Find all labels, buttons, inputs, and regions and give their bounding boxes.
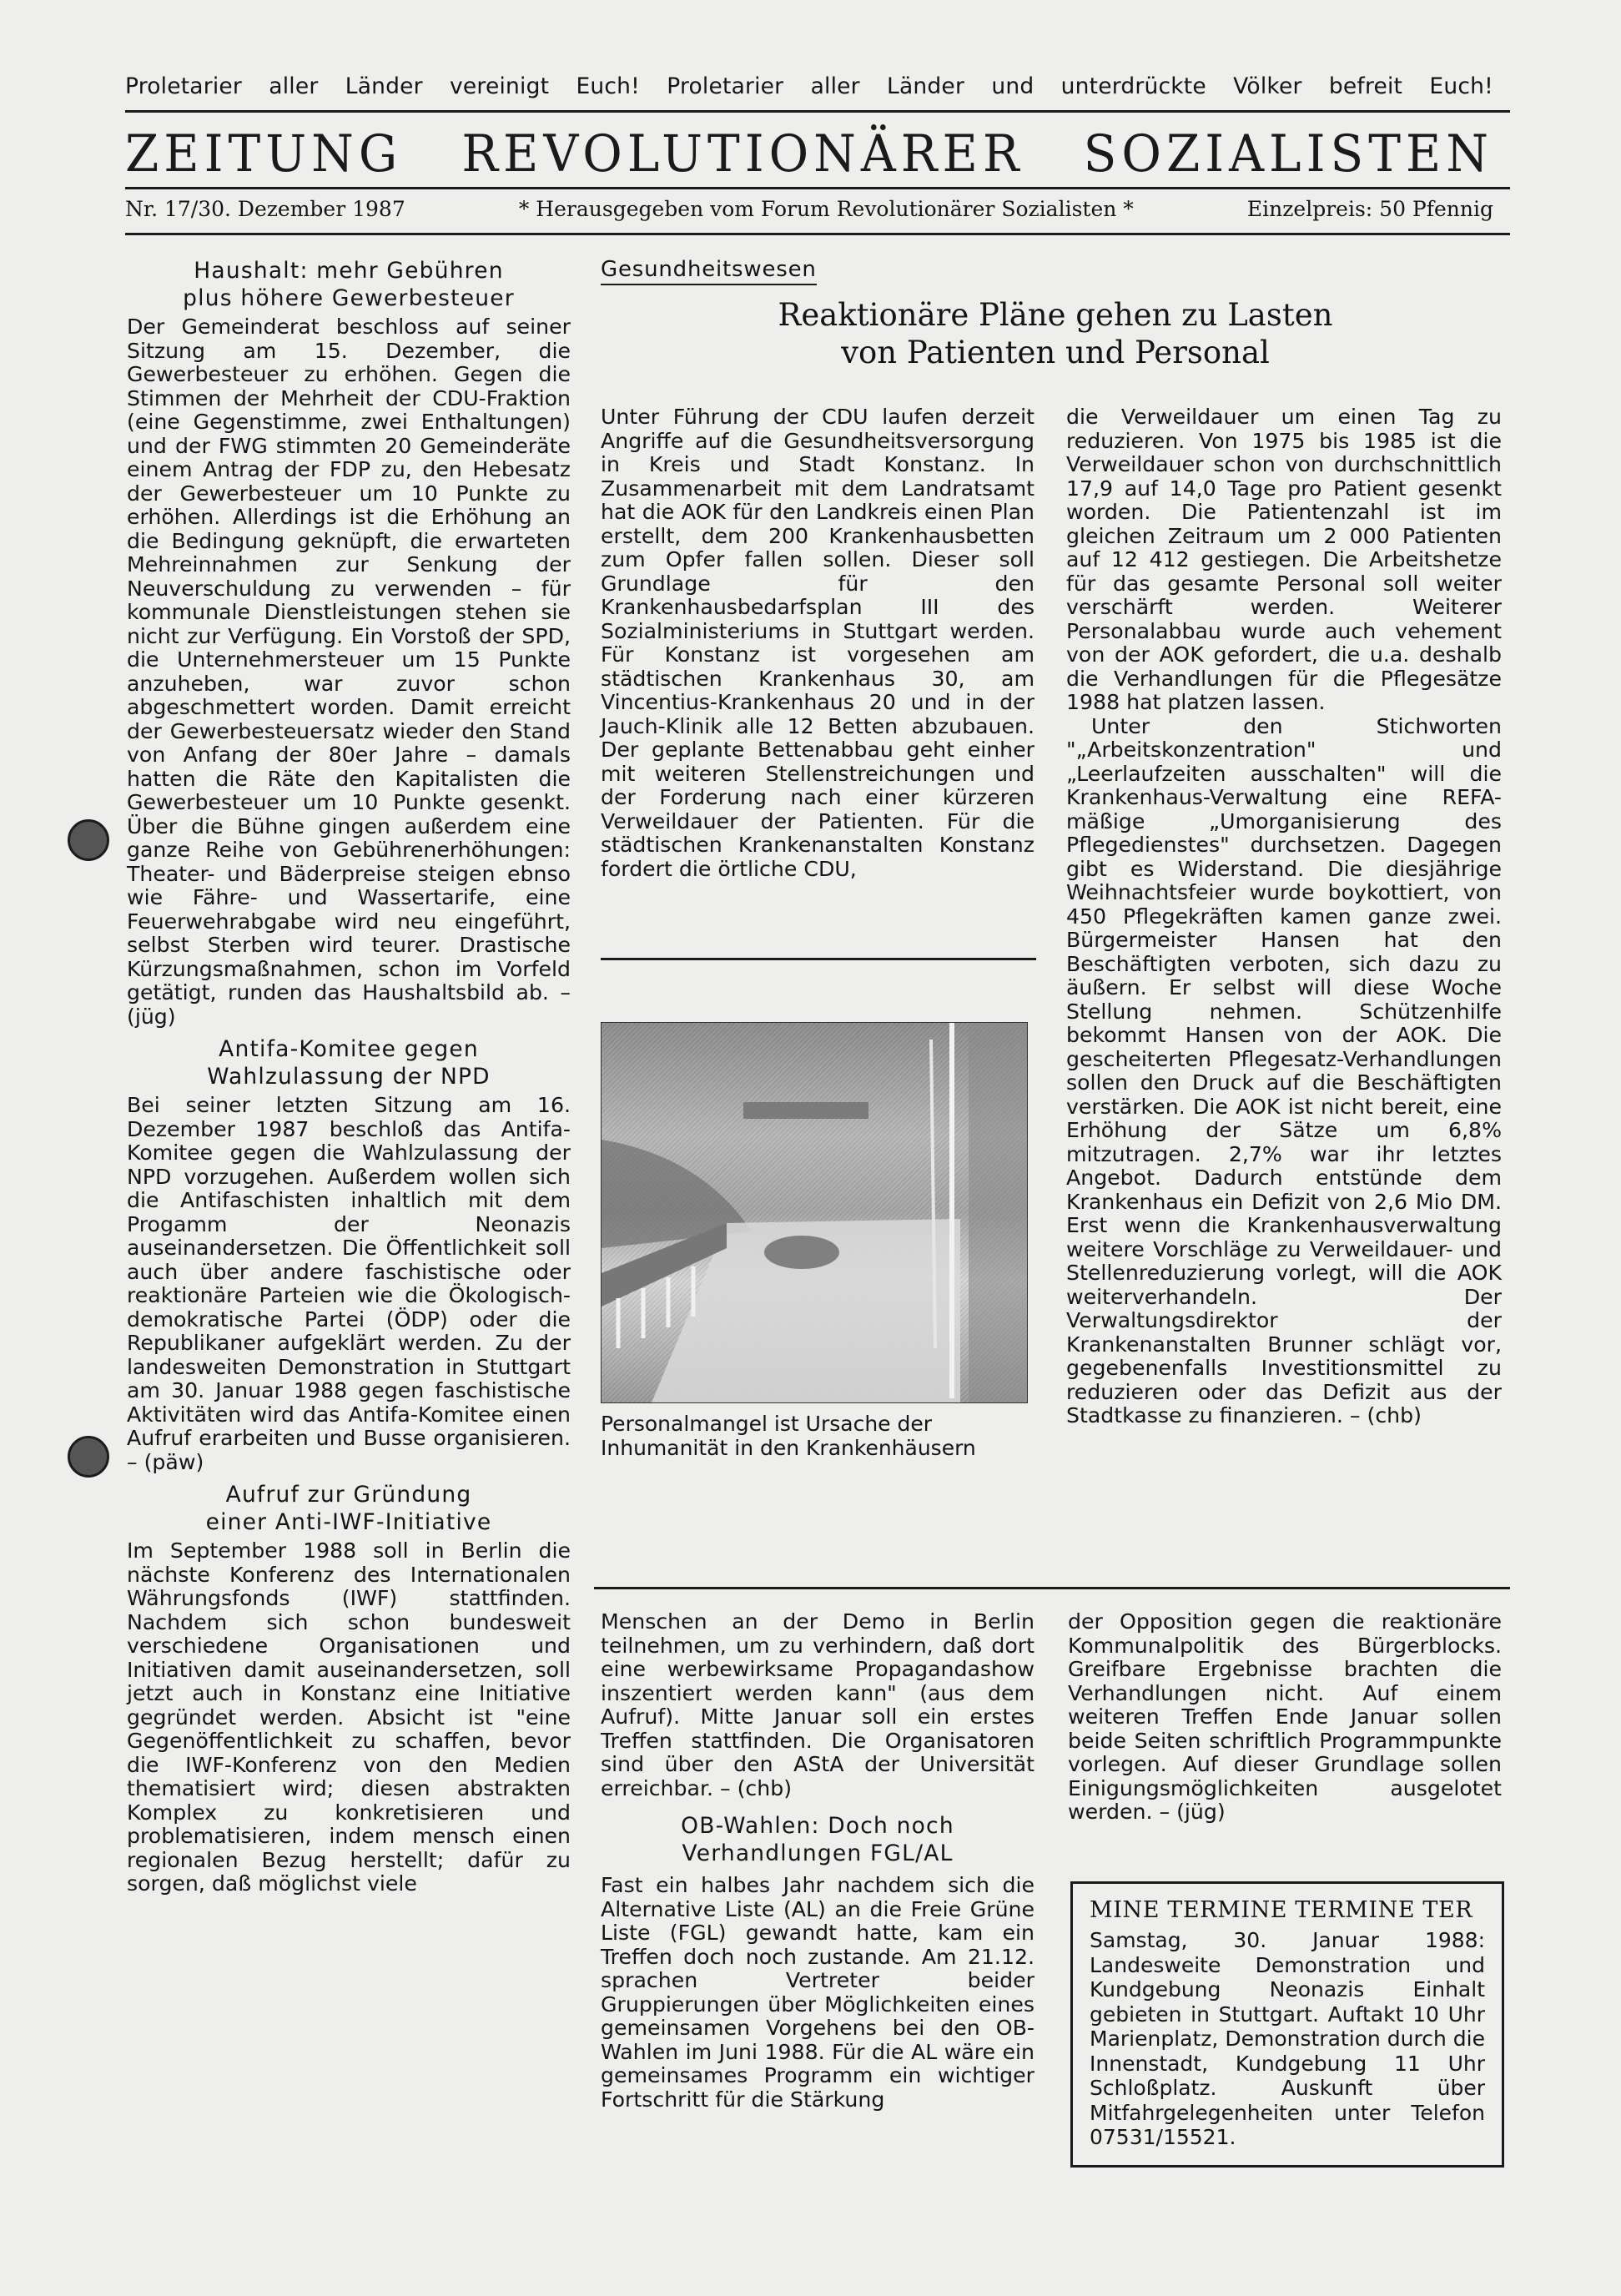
article-title-haushalt: Haushalt: mehr Gebühren plus höhere Gewe…	[127, 257, 571, 312]
issue-number: Nr. 17/30. Dezember 1987	[125, 197, 405, 221]
termine-text: Samstag, 30. Januar 1988: Landesweite De…	[1090, 1928, 1485, 2150]
hospital-photo	[601, 1022, 1028, 1403]
hospital-bed-image	[602, 1023, 1027, 1402]
slogan-word: Euch!	[576, 73, 640, 99]
column-rule-mid	[601, 958, 1036, 960]
slogan-word: Euch!	[1429, 73, 1493, 99]
section-kicker: Gesundheitswesen	[601, 257, 817, 285]
slogan-word: unterdrückte	[1061, 73, 1206, 99]
issue-info-bar: Nr. 17/30. Dezember 1987 * Herausgegeben…	[125, 197, 1493, 221]
slogan-word: Länder	[887, 73, 964, 99]
bottom-right-column: der Opposition gegen die reaktionäre Kom…	[1068, 1610, 1502, 1825]
masthead-word: ZEITUNG	[125, 123, 402, 183]
title-line: OB-Wahlen: Doch noch	[681, 1813, 954, 1839]
title-line: Wahlzulassung der NPD	[207, 1064, 491, 1090]
photo-caption: Personalmangel ist Ursache der Inhumanit…	[601, 1412, 1035, 1460]
slogan-word: Proletarier	[125, 73, 242, 99]
title-line: Reaktionäre Pläne gehen zu Lasten	[778, 297, 1333, 333]
title-line: von Patienten und Personal	[841, 335, 1270, 370]
slogan-word: vereinigt	[450, 73, 549, 99]
title-line: Antifa-Komitee gegen	[219, 1036, 479, 1062]
bottom-middle-column: Menschen an der Demo in Berlin teilnehme…	[601, 1610, 1035, 2112]
slogan-word: Proletarier	[667, 73, 783, 99]
header-rule-3	[125, 233, 1510, 235]
slogan-word: aller	[811, 73, 860, 99]
lead-body-col1: Unter Führung der CDU laufen derzeit Ang…	[601, 405, 1035, 881]
slogan: Proletarier aller Länder vereinigt Euch!…	[125, 73, 1493, 99]
slogan-word: befreit	[1329, 73, 1402, 99]
slogan-word: Völker	[1233, 73, 1301, 99]
article-title-obwahlen: OB-Wahlen: Doch noch Verhandlungen FGL/A…	[601, 1812, 1035, 1867]
termine-title: MINE TERMINE TERMINE TER	[1090, 1897, 1485, 1923]
masthead: ZEITUNG REVOLUTIONÄRER SOZIALISTEN	[125, 123, 1493, 183]
article-title-antifa: Antifa-Komitee gegen Wahlzulassung der N…	[127, 1035, 571, 1090]
lead-article-col1: Unter Führung der CDU laufen derzeit Ang…	[601, 405, 1035, 881]
lead-article-title: Reaktionäre Pläne gehen zu Lasten von Pa…	[601, 296, 1510, 371]
slogan-word: und	[991, 73, 1034, 99]
header-rule-1	[125, 110, 1510, 113]
article-body-iwf-cont: Menschen an der Demo in Berlin teilnehme…	[601, 1610, 1035, 1800]
lead-body-col2a: die Verweildauer um einen Tag zu reduzie…	[1066, 405, 1502, 715]
masthead-word: REVOLUTIONÄRER	[461, 123, 1024, 183]
slogan-word: Länder	[345, 73, 423, 99]
title-line: Aufruf zur Gründung	[226, 1482, 472, 1508]
article-body-antifa: Bei seiner letzten Sitzung am 16. Dezemb…	[127, 1094, 571, 1474]
left-column: Haushalt: mehr Gebühren plus höhere Gewe…	[127, 257, 571, 1896]
slogan-word: aller	[269, 73, 318, 99]
publisher-line: * Herausgegeben vom Forum Revolutionärer…	[519, 197, 1134, 221]
article-body-iwf: Im September 1988 soll in Berlin die näc…	[127, 1539, 571, 1896]
header-rule-2	[125, 187, 1510, 189]
termine-box: MINE TERMINE TERMINE TER Samstag, 30. Ja…	[1070, 1881, 1504, 2168]
punch-hole-bottom	[68, 1436, 109, 1478]
section-rule-bottom	[594, 1587, 1510, 1589]
lead-body-col2b: Unter den Stichworten "„Arbeitskonzentra…	[1066, 715, 1502, 1428]
title-line: Haushalt: mehr Gebühren	[194, 258, 503, 284]
price: Einzelpreis: 50 Pfennig	[1247, 197, 1493, 221]
masthead-word: SOZIALISTEN	[1084, 123, 1493, 183]
article-title-iwf: Aufruf zur Gründung einer Anti-IWF-Initi…	[127, 1481, 571, 1536]
article-body-obwahlen: Fast ein halbes Jahr nachdem sich die Al…	[601, 1874, 1035, 2112]
title-line: Verhandlungen FGL/AL	[682, 1840, 953, 1866]
kicker-text: Gesundheitswesen	[601, 257, 817, 285]
punch-hole-top	[68, 819, 109, 861]
title-line: plus höhere Gewerbesteuer	[183, 285, 515, 311]
lead-article-col2: die Verweildauer um einen Tag zu reduzie…	[1066, 405, 1502, 1428]
article-body-obwahlen-cont: der Opposition gegen die reaktionäre Kom…	[1068, 1610, 1502, 1825]
article-body-haushalt: Der Gemeinderat beschloss auf seiner Sit…	[127, 315, 571, 1029]
title-line: einer Anti-IWF-Initiative	[206, 1509, 492, 1535]
